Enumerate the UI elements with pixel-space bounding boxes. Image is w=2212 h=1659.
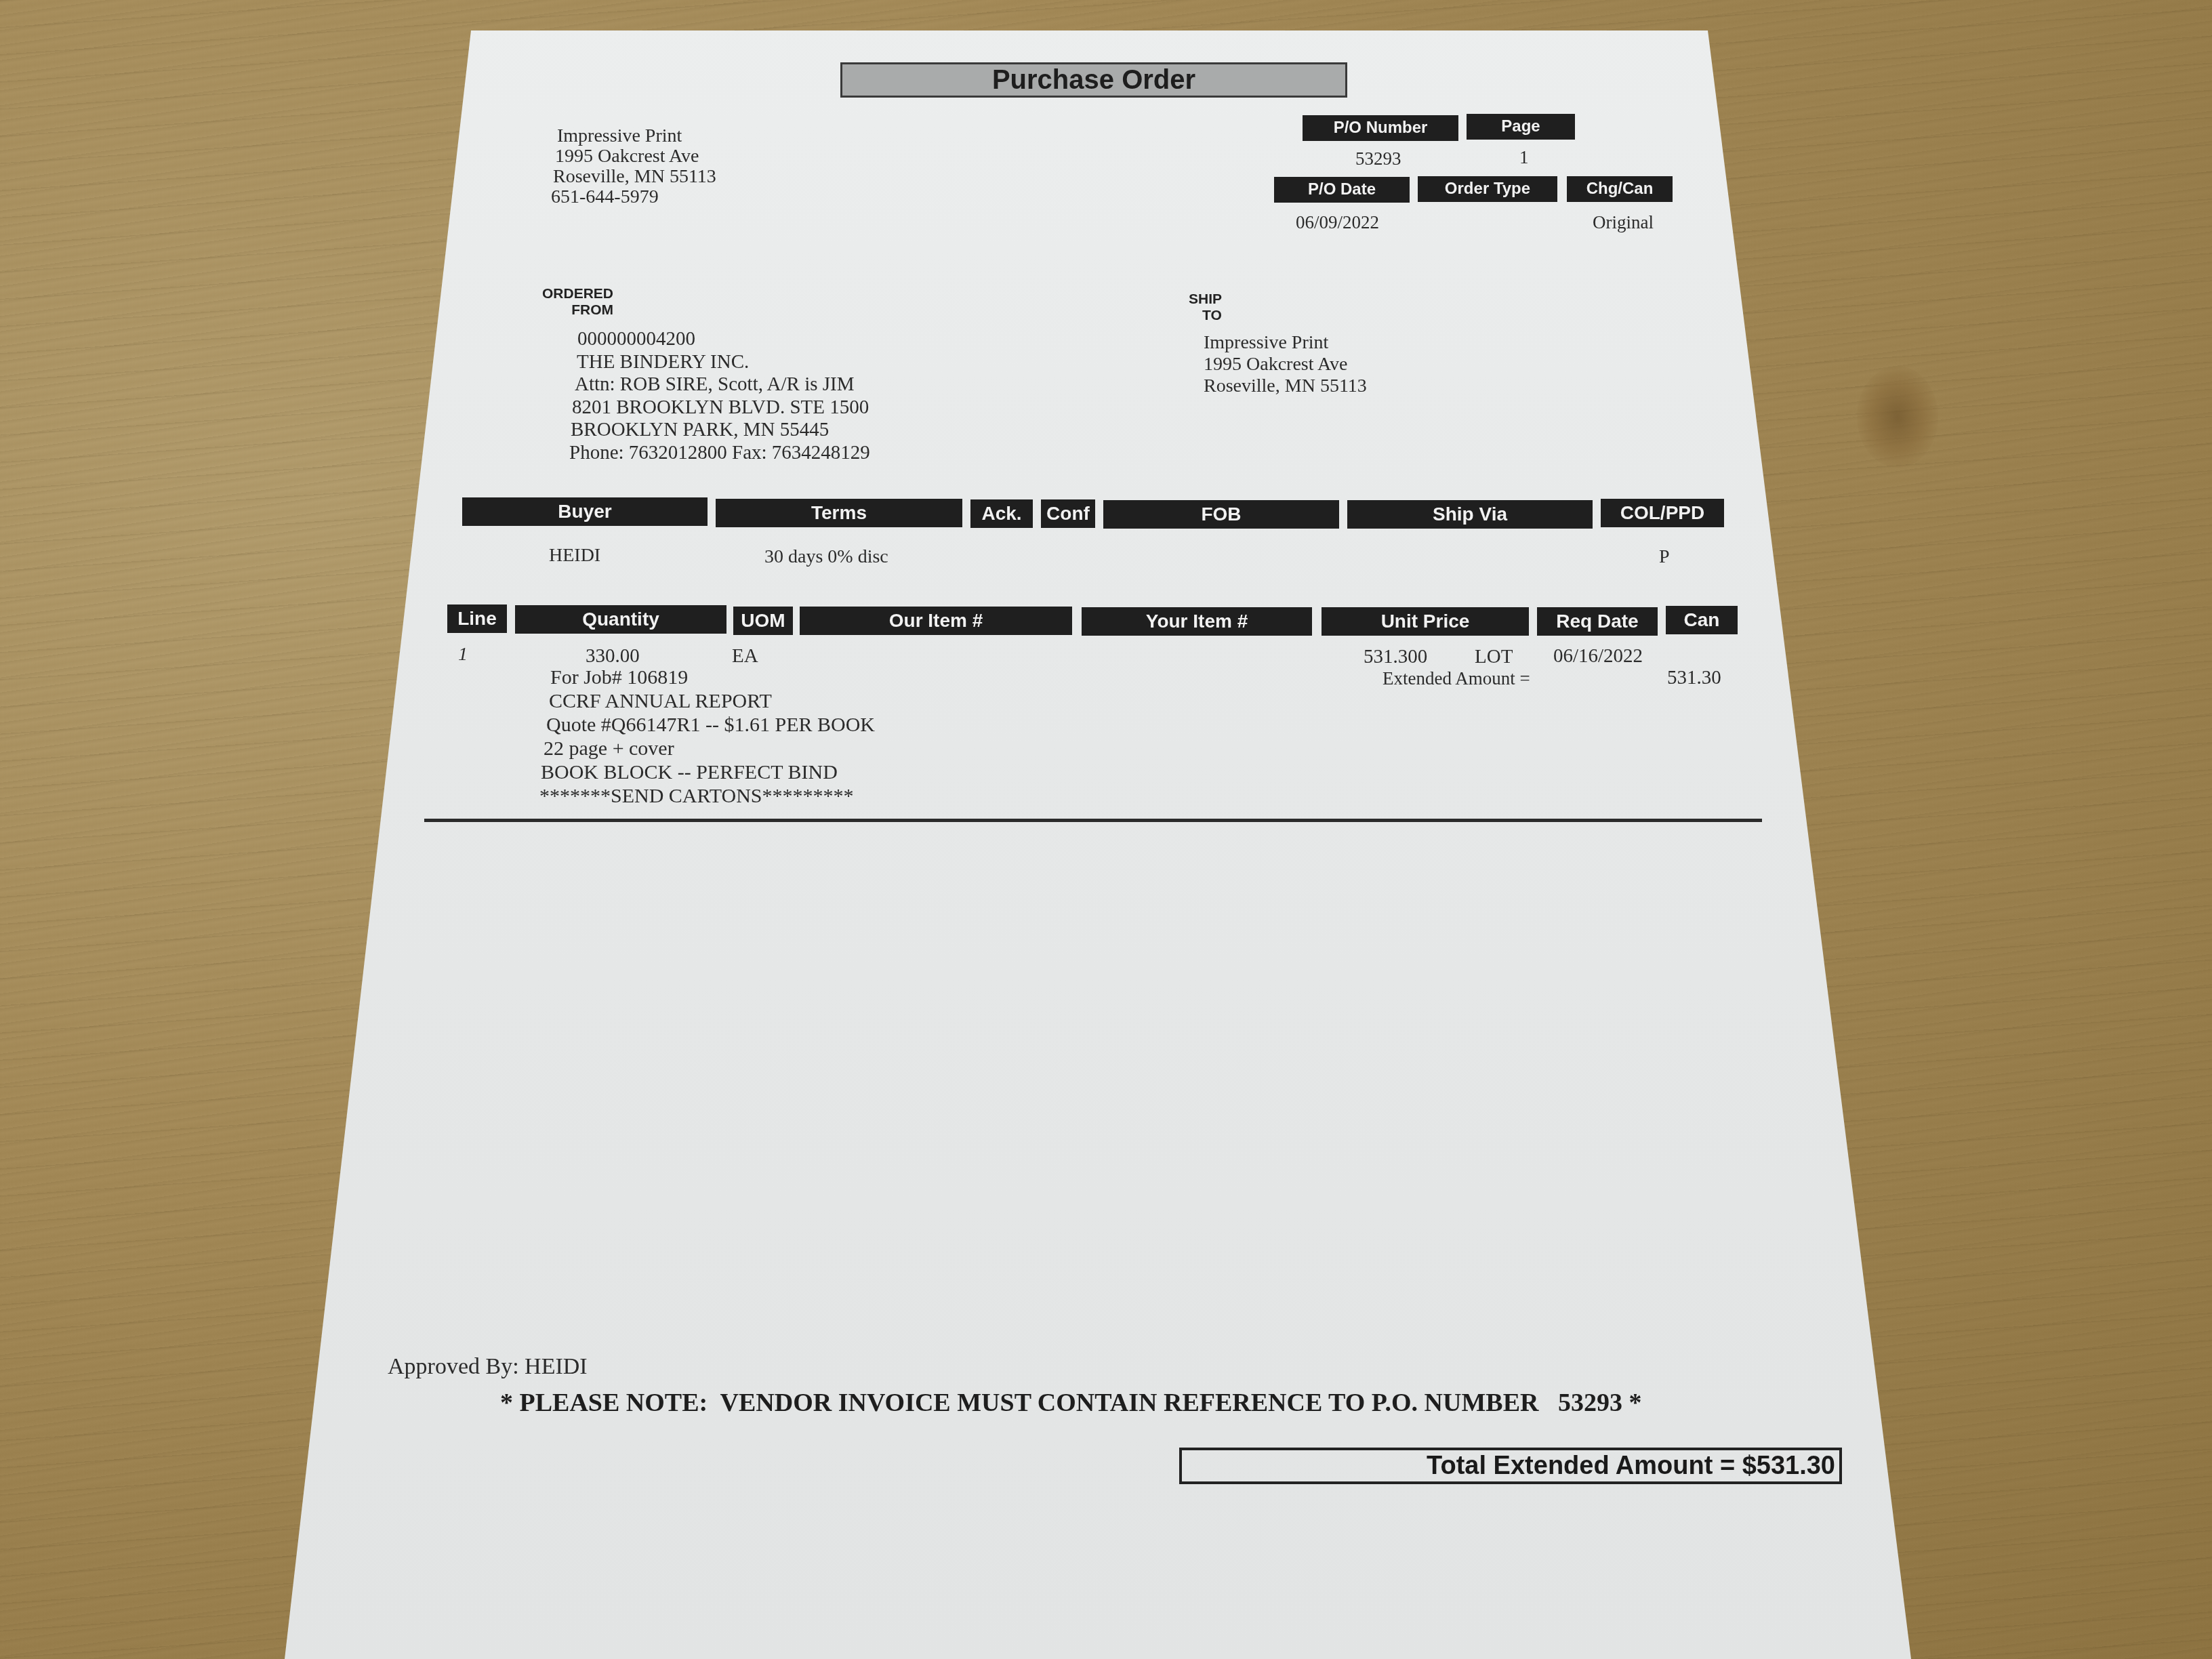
description-line: CCRF ANNUAL REPORT	[549, 689, 875, 713]
header-order-type: Order Type	[1418, 176, 1557, 202]
total-extended-amount: Total Extended Amount = $531.30	[1179, 1448, 1842, 1484]
ship-to-city: Roseville, MN 55113	[1204, 375, 1367, 397]
description-line: BOOK BLOCK -- PERFECT BIND	[541, 760, 875, 784]
header-uom: UOM	[733, 607, 793, 635]
po-number-value: 53293	[1355, 148, 1401, 169]
page-value: 1	[1519, 147, 1529, 168]
header-chg-can: Chg/Can	[1567, 176, 1673, 202]
ship-to-name: Impressive Print	[1204, 332, 1367, 354]
header-line: Line	[447, 605, 507, 633]
header-col-ppd: COL/PPD	[1601, 499, 1724, 527]
line-description: For Job# 106819 CCRF ANNUAL REPORT Quote…	[550, 665, 875, 808]
vendor-invoice-note: * PLEASE NOTE: VENDOR INVOICE MUST CONTA…	[500, 1388, 1642, 1418]
uom-value: EA	[732, 645, 758, 668]
ship-to-address-block: Impressive Print 1995 Oakcrest Ave Rosev…	[1204, 332, 1367, 397]
header-our-item: Our Item #	[800, 607, 1072, 635]
header-fob: FOB	[1103, 500, 1339, 529]
line-number: 1	[458, 644, 468, 665]
description-line: *******SEND CARTONS*********	[539, 784, 875, 808]
description-line: For Job# 106819	[550, 665, 875, 689]
vendor-id: 000000004200	[577, 328, 870, 351]
vendor-attn: Attn: ROB SIRE, Scott, A/R is JIM	[575, 373, 870, 396]
ship-to-street: 1995 Oakcrest Ave	[1204, 354, 1367, 375]
chg-can-value: Original	[1593, 212, 1654, 233]
header-unit-price: Unit Price	[1322, 607, 1529, 636]
header-terms: Terms	[716, 499, 962, 527]
ship-to-label: SHIP TO	[1189, 291, 1229, 324]
header-quantity: Quantity	[515, 605, 726, 634]
ship-to-label-line2: TO	[1189, 308, 1229, 324]
quantity-value: 330.00	[586, 645, 640, 668]
header-your-item: Your Item #	[1082, 607, 1312, 636]
buyer-value: HEIDI	[549, 545, 600, 567]
header-ship-via: Ship Via	[1347, 500, 1593, 529]
req-date-value: 06/16/2022	[1553, 645, 1643, 668]
vendor-street: 8201 BROOKLYN BLVD. STE 1500	[572, 396, 870, 419]
line-items-divider	[424, 819, 1762, 822]
approved-by: Approved By: HEIDI	[388, 1354, 588, 1380]
company-name: Impressive Print	[557, 126, 716, 146]
company-phone: 651-644-5979	[551, 187, 716, 207]
ordered-from-label-line2: FROM	[535, 302, 613, 319]
unit-price-value: 531.300	[1364, 646, 1427, 668]
header-conf: Conf	[1041, 499, 1095, 528]
extended-amount-label: Extended Amount =	[1382, 668, 1530, 689]
po-date-value: 06/09/2022	[1296, 212, 1379, 233]
company-address-block: Impressive Print 1995 Oakcrest Ave Rosev…	[557, 126, 716, 207]
company-city: Roseville, MN 55113	[553, 167, 716, 187]
header-po-date: P/O Date	[1274, 177, 1410, 203]
ordered-from-label-line1: ORDERED	[535, 286, 613, 302]
vendor-phone-fax: Phone: 7632012800 Fax: 7634248129	[569, 442, 870, 465]
header-page: Page	[1467, 114, 1575, 140]
header-po-number: P/O Number	[1303, 115, 1458, 141]
description-line: Quote #Q66147R1 -- $1.61 PER BOOK	[546, 713, 875, 737]
header-ack: Ack.	[970, 499, 1033, 528]
ordered-from-label: ORDERED FROM	[535, 286, 613, 319]
vendor-name: THE BINDERY INC.	[577, 351, 870, 374]
extended-amount-value: 531.30	[1667, 667, 1721, 689]
price-uom-value: LOT	[1475, 646, 1513, 668]
header-can: Can	[1666, 606, 1738, 634]
terms-value: 30 days 0% disc	[764, 546, 888, 568]
wood-knot	[1857, 366, 1938, 468]
company-street: 1995 Oakcrest Ave	[555, 146, 716, 167]
vendor-city: BROOKLYN PARK, MN 55445	[571, 419, 870, 442]
vendor-address-block: 000000004200 THE BINDERY INC. Attn: ROB …	[577, 328, 870, 464]
document-title: Purchase Order	[840, 62, 1347, 98]
header-req-date: Req Date	[1537, 607, 1658, 636]
header-buyer: Buyer	[462, 497, 708, 526]
description-line: 22 page + cover	[544, 737, 875, 760]
col-ppd-value: P	[1659, 546, 1670, 568]
ship-to-label-line1: SHIP	[1189, 291, 1229, 308]
